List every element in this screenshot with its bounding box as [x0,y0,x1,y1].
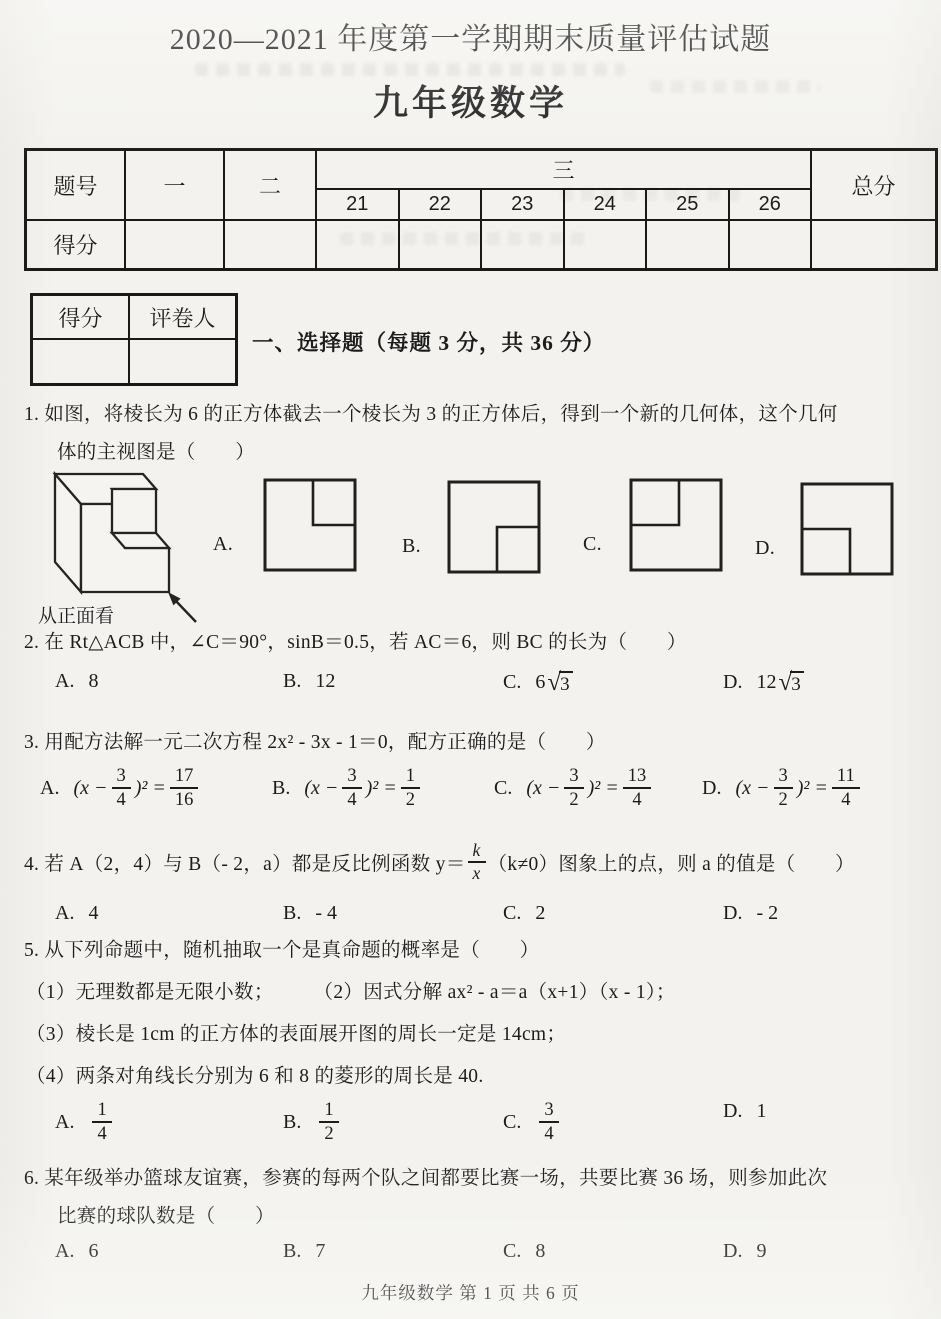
q2-option-a: A. 8 [55,670,98,693]
fraction-numerator: 17 [170,766,199,789]
q3-option-b: B. (x − 34 )² = 12 [272,766,424,811]
option-value: 2 [535,902,545,925]
q2-options-row: A. 8 B. 12 C. 6 √ 3 D. 12 √ 3 [0,670,941,718]
grader-box-grader-label: 评卷人 [130,296,235,340]
q1-option-a-label: A. [213,533,233,556]
fraction-numerator: 3 [564,766,583,789]
option-value: - 4 [315,902,337,925]
table-subcol-21: 21 [317,190,400,221]
q1-text-line2: 体的主视图是（ ） [57,436,255,464]
reciprocal-fraction: kx [468,841,486,884]
option-value: 7 [315,1240,325,1263]
score-cell-empty [565,221,648,268]
q1-text-line1: 1. 如图，将棱长为 6 的正方体截去一个棱长为 3 的正方体后，得到一个新的几… [24,398,838,426]
table-subcol-23: 23 [482,190,565,221]
score-cell-empty [730,221,813,268]
option-value: - 2 [756,902,778,925]
fraction: 134 [623,766,652,811]
q1-option-d-figure [799,481,895,577]
grader-score-box: 得分 评卷人 [30,293,238,386]
q1-option-b-label: B. [402,535,421,558]
q4-option-b: B. - 4 [283,902,337,925]
option-label: A. [55,670,74,693]
fraction-numerator: 3 [539,1100,558,1123]
table-col-three: 三 [317,151,812,190]
fraction: 34 [342,766,361,811]
option-radicand: 3 [559,671,573,695]
q4-text-pre: 4. 若 A（2，4）与 B（- 2，a）都是反比例函数 y＝ [24,848,466,876]
fraction: 34 [112,766,131,811]
score-cell-empty [126,221,225,268]
option-coefficient: 6 [535,671,545,694]
q6-text-line1: 6. 某年级举办篮球友谊赛，参赛的每两个队之间都要比赛一场，共要比赛 36 场，… [24,1162,827,1190]
fraction-denominator: 4 [97,1123,106,1144]
exam-title: 2020—2021 年度第一学期期末质量评估试题 [0,14,941,58]
equation-left: (x − [304,777,338,800]
fraction-numerator: k [468,841,486,863]
grader-box-empty [130,340,235,383]
q1-option-a-figure [262,477,358,573]
option-label: D. [723,671,742,694]
q2-option-d: D. 12 √ 3 [723,670,804,695]
q2-option-c: C. 6 √ 3 [503,670,573,695]
q2-option-b: B. 12 [283,670,335,693]
q4-text-line: 4. 若 A（2，4）与 B（- 2，a）都是反比例函数 y＝ kx （k≠0）… [24,834,855,890]
score-cell-empty [225,221,317,268]
q6-option-b: B. 7 [283,1240,325,1263]
option-label: D. [723,902,742,925]
q1-solid-figure: 从正面看 [26,462,226,627]
fraction-numerator: 1 [92,1100,111,1123]
table-col-one: 一 [126,151,225,221]
option-label: D. [723,1240,742,1263]
fraction-denominator: 4 [347,789,356,810]
q3-options-row: A. (x − 34 )² = 1716 B. (x − 34 )² = 12 … [0,760,941,822]
fraction-denominator: 2 [569,789,578,810]
option-radicand: 3 [790,671,804,695]
equation-mid: )² = [588,777,619,800]
fraction-denominator: x [473,863,481,883]
q1-option-c-label: C. [583,533,602,556]
score-summary-table: 题号 一 二 三 21 22 23 24 25 26 总分 得分 [24,148,938,271]
page-footer: 九年级数学 第 1 页 共 6 页 [0,1280,941,1305]
q3-text: 3. 用配方法解一元二次方程 2x² - 3x - 1＝0，配方正确的是（ ） [24,726,606,754]
option-label: D. [723,1100,742,1123]
table-col-total: 总分 [812,151,935,221]
grader-box-score-label: 得分 [33,296,130,340]
table-score-label: 得分 [27,221,126,268]
q3-option-c: C. (x − 32 )² = 134 [494,766,655,811]
q4-option-c: C. 2 [503,902,545,925]
option-label: A. [55,902,74,925]
fraction-denominator: 2 [406,789,415,810]
option-label: C. [494,777,512,800]
fraction-denominator: 4 [544,1123,553,1144]
q6-text-line2: 比赛的球队数是（ ） [57,1200,275,1228]
q6-option-d: D. 9 [723,1240,766,1263]
equation-mid: )² = [366,777,397,800]
option-label: D. [702,777,721,800]
score-cell-empty [482,221,565,268]
q1-figure-caption: 从正面看 [38,605,114,627]
q5-text: 5. 从下列命题中，随机抽取一个是真命题的概率是（ ） [24,934,539,962]
fraction-denominator: 4 [632,789,641,810]
option-label: C. [503,1111,521,1134]
fraction-denominator: 2 [324,1123,333,1144]
q6-option-c: C. 8 [503,1240,545,1263]
score-cell-empty [400,221,483,268]
section-1-title: 一、选择题（每题 3 分，共 36 分） [252,326,605,357]
fraction-numerator: 11 [832,766,860,789]
fraction-numerator: 3 [774,766,793,789]
q5-items-1-2: （1）无理数都是无限小数； （2）因式分解 ax² - a＝a（x+1）（x -… [26,976,676,1004]
option-label: B. [283,670,301,693]
fraction: 12 [319,1100,338,1145]
q6-option-a: A. 6 [55,1240,98,1263]
equation-mid: )² = [797,777,828,800]
option-label: C. [503,902,521,925]
table-subcol-25: 25 [647,190,730,221]
exam-subject-title: 九年级数学 [0,76,941,126]
fraction-numerator: 1 [401,766,420,789]
option-label: B. [283,902,301,925]
fraction: 32 [774,766,793,811]
fraction: 14 [92,1100,111,1145]
table-header-question-number: 题号 [27,151,126,221]
q3-option-a: A. (x − 34 )² = 1716 [40,766,202,811]
option-value: 6 [88,1240,98,1263]
option-value: 9 [756,1240,766,1263]
option-label: B. [283,1240,301,1263]
q5-option-c: C. 34 [503,1100,563,1145]
scan-artifact [195,63,625,76]
q4-option-d: D. - 2 [723,902,778,925]
table-subcol-26: 26 [730,190,813,221]
equation-left: (x − [526,777,560,800]
option-label: B. [272,777,290,800]
table-subcol-22: 22 [400,190,483,221]
option-coefficient: 12 [756,671,776,694]
fraction: 1716 [170,766,199,811]
q5-options-row: A. 14 B. 12 C. 34 D. 1 [0,1094,941,1156]
grader-box-empty [33,340,130,383]
fraction-numerator: 3 [112,766,131,789]
q1-option-c-figure [628,477,724,573]
q4-option-a: A. 4 [55,902,98,925]
fraction-denominator: 4 [841,789,850,810]
q5-item-3: （3）棱长是 1cm 的正方体的表面展开图的周长一定是 14cm； [26,1018,566,1046]
q2-text: 2. 在 Rt△ACB 中，∠C＝90°，sinB＝0.5，若 AC＝6，则 B… [24,626,687,654]
score-cell-empty [812,221,935,268]
option-value: 12 [315,670,335,693]
q3-option-d: D. (x − 32 )² = 114 [702,766,864,811]
fraction-denominator: 2 [779,789,788,810]
fraction: 12 [401,766,420,811]
option-value: 8 [535,1240,545,1263]
fraction: 114 [832,766,860,811]
fraction-numerator: 3 [342,766,361,789]
fraction: 32 [564,766,583,811]
table-col-two: 二 [225,151,317,221]
option-value: 4 [88,902,98,925]
option-label: A. [55,1240,74,1263]
q6-options-row: A. 6 B. 7 C. 8 D. 9 [0,1240,941,1280]
option-value: 1 [756,1100,766,1123]
equation-mid: )² = [135,777,166,800]
view-direction-arrow [175,600,196,622]
option-label: C. [503,671,521,694]
option-label: A. [40,777,59,800]
q4-text-post: （k≠0）图象上的点，则 a 的值是（ ） [488,848,855,876]
score-cell-empty [647,221,730,268]
fraction-numerator: 1 [319,1100,338,1123]
option-label: A. [55,1111,74,1134]
fraction: 34 [539,1100,558,1145]
fraction-numerator: 13 [623,766,652,789]
q5-option-a: A. 14 [55,1100,116,1145]
option-label: B. [283,1111,301,1134]
q1-option-d-label: D. [755,537,775,560]
fraction-denominator: 16 [175,789,194,810]
q5-option-b: B. 12 [283,1100,343,1145]
option-label: C. [503,1240,521,1263]
q1-option-b-figure [446,479,542,575]
equation-left: (x − [735,777,769,800]
option-value: 8 [88,670,98,693]
q5-option-d: D. 1 [723,1100,766,1123]
fraction-denominator: 4 [117,789,126,810]
equation-left: (x − [73,777,107,800]
score-cell-empty [317,221,400,268]
table-subcol-24: 24 [565,190,648,221]
exam-page: 2020—2021 年度第一学期期末质量评估试题 九年级数学 题号 一 二 三 … [0,0,941,1319]
q5-item-4: （4）两条对角线长分别为 6 和 8 的菱形的周长是 40. [26,1060,484,1088]
